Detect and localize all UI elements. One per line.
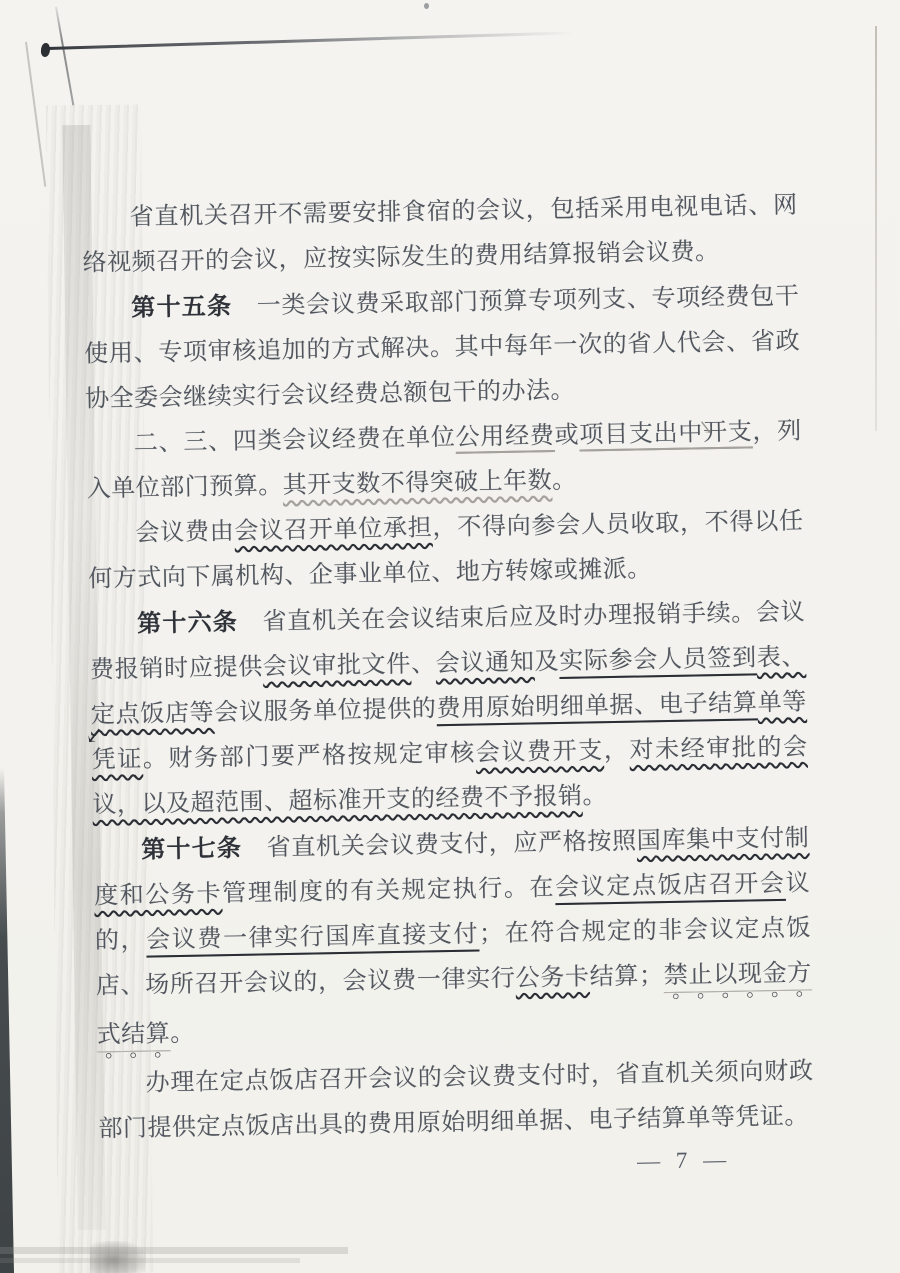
text-segment: 省直机关召开不需要安排食宿的会议，包括采用电视电话、网络视频召开的会议，应按实际… bbox=[82, 193, 798, 277]
article-heading: 第十五条 bbox=[131, 293, 232, 322]
text-segment: ， bbox=[604, 738, 630, 764]
pen-underlined-phrase: 实际参会人员签到 bbox=[559, 645, 757, 675]
pencil-arrow-mark: ↘ bbox=[697, 417, 715, 438]
pen-underlined-phrase: 会议费一律实行国库直接支付 bbox=[146, 921, 479, 953]
paragraph: 第十六条 省直机关在会议结束后应及时办理报销手续。会议费报销时应提供会议审批文件… bbox=[89, 589, 809, 828]
pen-underlined-phrase: 费用原始明细单据、电子结算 bbox=[436, 690, 757, 722]
paragraph: 省直机关召开不需要安排食宿的会议，包括采用电视电话、网络视频召开的会议，应按实际… bbox=[81, 184, 799, 287]
page-number: — 7 — bbox=[99, 1145, 815, 1184]
scan-dark-edge-strip bbox=[0, 768, 15, 1273]
pen-underlined-phrase: 会议召开单位承担 bbox=[234, 515, 432, 545]
scan-bottom-streak bbox=[0, 1247, 348, 1254]
text-segment: 结算； bbox=[589, 963, 663, 990]
scan-corner-fold-line bbox=[55, 7, 74, 106]
pen-underlined-phrase: 会议通知 bbox=[436, 649, 535, 677]
scan-page-edge-line bbox=[875, 26, 877, 431]
pen-underlined-phrase: 会议定点饭店召开会 bbox=[555, 871, 786, 901]
text-segment: 。 bbox=[552, 468, 577, 494]
article-heading: 第十七条 bbox=[141, 835, 242, 864]
document-body: 省直机关召开不需要安排食宿的会议，包括采用电视电话、网络视频召开的会议，应按实际… bbox=[81, 184, 814, 1153]
text-segment: 及 bbox=[534, 649, 559, 675]
article-heading: 第十六条 bbox=[137, 609, 238, 638]
text-segment: 。 bbox=[582, 783, 607, 809]
pen-hook-mark: ↙ bbox=[84, 723, 105, 747]
text-segment: 会议服务单位提供的 bbox=[214, 696, 437, 726]
scan-ink-blob bbox=[40, 42, 51, 57]
document-text-block: 省直机关召开不需要安排食宿的会议，包括采用电视电话、网络视频召开的会议，应按实际… bbox=[81, 184, 815, 1185]
text-segment: 会议费由 bbox=[135, 519, 234, 547]
paragraph: 二、三、四类会议经费在单位公用经费或项目支出中开支，列入单位部门预算。其开支数不… bbox=[86, 409, 804, 512]
scan-bottom-smudge bbox=[90, 1241, 146, 1273]
scan-bottom-streak bbox=[0, 1258, 300, 1263]
pen-underlined-phrase: 公务卡 bbox=[515, 964, 590, 991]
pencil-underlined-phrase: 其开支数不得突破上年数 bbox=[282, 468, 552, 499]
scan-horizontal-crease bbox=[46, 31, 574, 50]
text-segment: 管理制度的有关规定执行。在 bbox=[222, 875, 555, 907]
scanned-document-page: 省直机关召开不需要安排食宿的会议，包括采用电视电话、网络视频召开的会议，应按实际… bbox=[0, 0, 900, 1273]
text-segment: 。财务部门要严格按规定审核 bbox=[143, 741, 476, 773]
pen-underlined-phrase: 会议审批文件 bbox=[263, 652, 412, 681]
text-segment: 或 bbox=[554, 423, 579, 449]
paragraph: 第十七条 省直机关会议费支付，应严格按照国库集中支付制度和公务卡管理制度的有关规… bbox=[93, 815, 813, 1062]
text-segment: 省直机关会议费支付，应严格按照 bbox=[242, 829, 637, 862]
pencil-underlined-phrase: 公用经费 bbox=[455, 423, 554, 451]
pen-underlined-phrase: 会议费开支 bbox=[476, 738, 605, 766]
scan-speck bbox=[424, 3, 429, 9]
text-segment: 、 bbox=[411, 651, 436, 677]
text-segment: 办理在定点饭店召开会议的会议费支付时，省直机关须向财政部门提供定点饭店出具的费用… bbox=[98, 1058, 814, 1142]
pencil-underlined-phrase: 项目支出中开支 bbox=[579, 419, 753, 448]
paragraph: 第十五条 一类会议费采取部门预算专项列支、专项经费包干使用、专项审核追加的方式解… bbox=[83, 274, 801, 423]
text-segment: 。 bbox=[170, 1021, 195, 1047]
paragraph: 会议费由会议召开单位承担，不得向参会人员收取，不得以任何方式向下属机构、企事业单… bbox=[87, 499, 805, 602]
text-segment: 二、三、四类会议经费在单位 bbox=[134, 425, 456, 457]
paragraph: 办理在定点饭店召开会议的会议费支付时，省直机关须向财政部门提供定点饭店出具的费用… bbox=[97, 1049, 815, 1152]
scan-edge-line bbox=[25, 42, 46, 187]
